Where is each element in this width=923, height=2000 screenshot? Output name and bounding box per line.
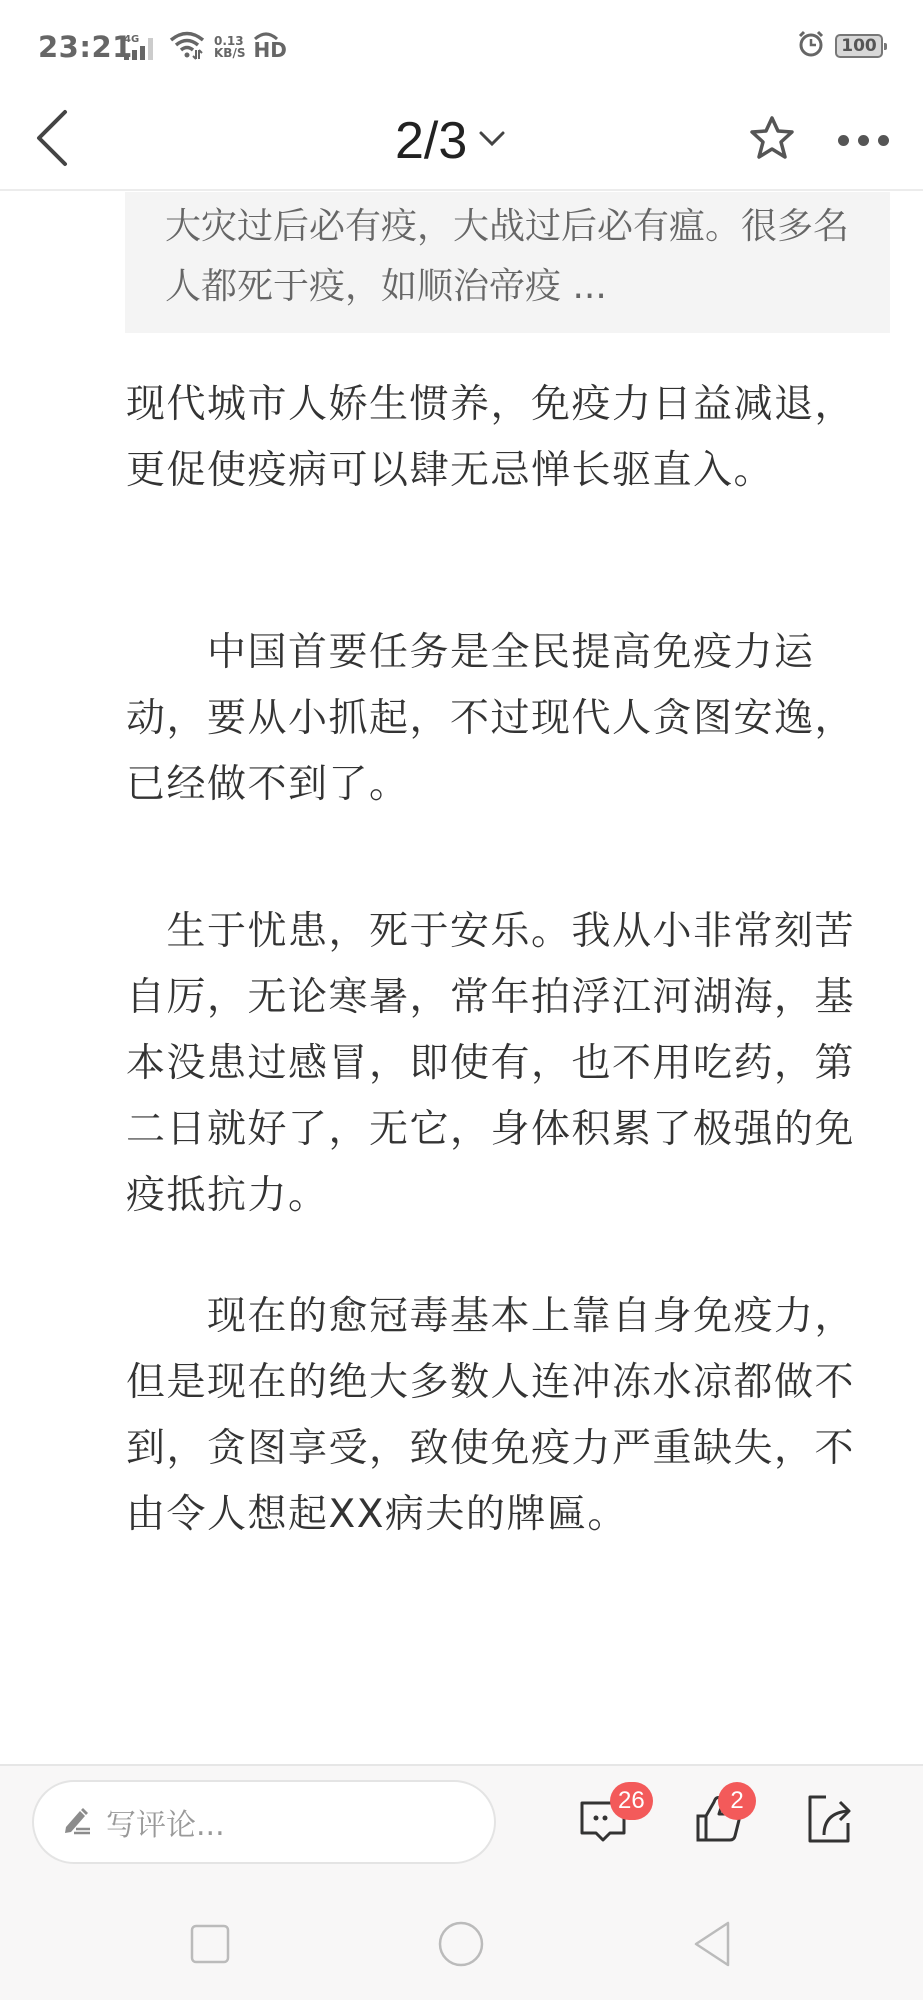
- top-nav-bar: 2/3: [0, 95, 923, 191]
- article-paragraph: 现代城市人娇生惯养，免疫力日益减退，更促使疫病可以肆无忌惮长驱直入。: [126, 372, 866, 504]
- like-button[interactable]: 2: [684, 1786, 754, 1856]
- status-icons: 4G 0.13 KB/S HD: [122, 30, 287, 64]
- article-paragraph: 生于忧患，死于安乐。我从小非常刻苦自厉，无论寒暑，常年拍浮江河湖海，基本没患过感…: [126, 899, 866, 1229]
- like-count-badge: 2: [718, 1782, 756, 1820]
- quoted-article-card[interactable]: 大灾过后必有疫，大战过后必有瘟。很多名人都死于疫，如顺治帝疫 ...: [125, 192, 890, 333]
- triangle-back-icon: [690, 1920, 734, 1972]
- square-icon: [190, 1924, 230, 1968]
- more-dot-icon: [858, 135, 869, 146]
- wifi-icon: [168, 30, 206, 64]
- system-nav-bar: [0, 1900, 923, 2000]
- page-selector[interactable]: 2/3: [395, 103, 505, 179]
- status-right: 100: [797, 30, 883, 62]
- back-button[interactable]: [26, 105, 76, 175]
- page-indicator: 2/3: [395, 111, 467, 171]
- hd-call-icon: HD: [253, 34, 286, 60]
- comment-count-badge: 26: [610, 1782, 653, 1820]
- more-dot-icon: [838, 135, 849, 146]
- share-button[interactable]: [794, 1786, 864, 1856]
- pencil-icon: [62, 1805, 94, 1839]
- nav-back-button[interactable]: [672, 1916, 752, 1976]
- comments-button[interactable]: 26: [568, 1786, 638, 1856]
- circle-icon: [437, 1920, 485, 1972]
- alarm-icon: [797, 30, 825, 62]
- star-icon: [747, 114, 797, 166]
- chevron-down-icon: [479, 131, 505, 151]
- comment-input[interactable]: 写评论...: [32, 1780, 496, 1864]
- status-bar: 23:21 4G 0.13 KB/S HD: [0, 0, 923, 95]
- more-dot-icon: [878, 135, 889, 146]
- hd-label: HD: [253, 38, 286, 62]
- more-button[interactable]: [828, 105, 898, 175]
- quoted-text: 大灾过后必有疫，大战过后必有瘟。很多名人都死于疫，如顺治帝疫 ...: [165, 197, 850, 317]
- recents-button[interactable]: [170, 1916, 250, 1976]
- cellular-signal-icon: 4G: [122, 32, 154, 62]
- chevron-left-icon: [33, 108, 69, 172]
- article-body: 现代城市人娇生惯养，免疫力日益减退，更促使疫病可以肆无忌惮长驱直入。 中国首要任…: [126, 372, 866, 504]
- status-time: 23:21: [38, 30, 133, 64]
- article-paragraph: 现在的愈冠毒基本上靠自身免疫力，但是现在的绝大多数人连冲冻水凉都做不到，贪图享受…: [126, 1284, 866, 1548]
- share-icon: [802, 1791, 856, 1851]
- network-speed: 0.13 KB/S: [214, 35, 245, 59]
- comment-placeholder: 写评论...: [106, 1800, 225, 1844]
- favorite-button[interactable]: [742, 105, 802, 175]
- home-button[interactable]: [421, 1916, 501, 1976]
- network-type: 4G: [124, 34, 139, 45]
- article-paragraph: 中国首要任务是全民提高免疫力运动，要从小抓起，不过现代人贪图安逸，已经做不到了。: [126, 620, 866, 818]
- speed-unit: KB/S: [214, 47, 245, 59]
- battery-icon: 100: [835, 34, 883, 58]
